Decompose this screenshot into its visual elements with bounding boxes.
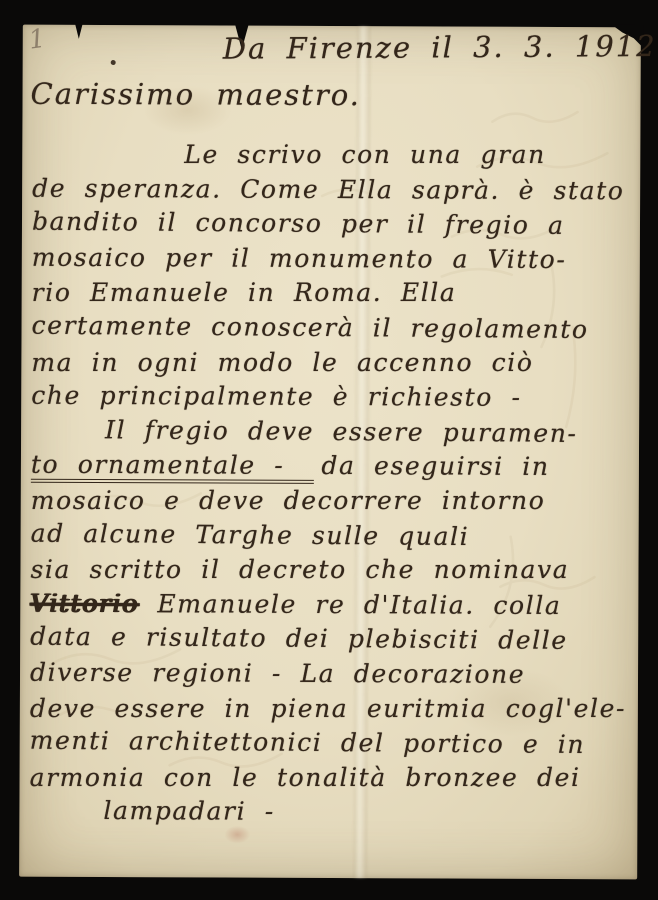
letter-line: lampadari - bbox=[29, 796, 629, 833]
letter-page: 1 Da Firenze il 3. 3. 1912 Carissimo mae… bbox=[19, 25, 641, 880]
underlined-word: to ornamentale bbox=[31, 450, 314, 484]
dateline: Da Firenze il 3. 3. 1912 bbox=[223, 29, 635, 66]
letter-line: rio Emanuele in Roma. Ella bbox=[32, 278, 632, 313]
letter-line: certamente conoscerà il regolamento bbox=[31, 311, 631, 350]
letter-line: sia scritto il decreto che nominava bbox=[30, 555, 630, 590]
torn-edge-notch bbox=[75, 23, 83, 39]
letter-line: mosaico e deve decorrere intorno bbox=[31, 486, 631, 521]
letter-line: Il fregio deve essere puramen- bbox=[31, 414, 631, 453]
letter-line: menti architettonici del portico e in bbox=[30, 726, 630, 765]
letter-line: ma in ogni modo le accenno ciò bbox=[31, 348, 631, 383]
letter-line: to ornamentale - da eseguirsi in bbox=[31, 450, 631, 487]
scan-background: 1 Da Firenze il 3. 3. 1912 Carissimo mae… bbox=[0, 0, 658, 900]
letter-line: armonia con le tonalità bronzee dei bbox=[30, 763, 630, 798]
letter-line: deve essere in piena euritmia cogl'ele- bbox=[30, 694, 630, 729]
letter-line: de speranza. Come Ella saprà. è stato bbox=[32, 173, 632, 210]
letter-line: ad alcune Targhe sulle quali bbox=[30, 518, 630, 557]
overwritten-word: Vittorio bbox=[30, 588, 139, 617]
page-number-annotation: 1 bbox=[27, 24, 47, 56]
letter-line: Le scrivo con una gran bbox=[32, 140, 632, 175]
letter-body: Le scrivo con una grande speranza. Come … bbox=[29, 139, 632, 833]
letter-line: mosaico per il monumento a Vitto- bbox=[32, 242, 632, 279]
salutation: Carissimo maestro. bbox=[30, 77, 361, 112]
letter-line: che principalmente è richiesto - bbox=[31, 381, 631, 418]
ink-dot bbox=[111, 60, 116, 65]
letter-line: diverse regioni - La decorazione bbox=[30, 658, 630, 695]
letter-line: data e risultato dei plebisciti delle bbox=[30, 622, 630, 661]
letter-line: bandito il concorso per il fregio a bbox=[32, 207, 632, 246]
letter-line: Vittorio Emanuele re d'Italia. colla bbox=[30, 588, 630, 625]
